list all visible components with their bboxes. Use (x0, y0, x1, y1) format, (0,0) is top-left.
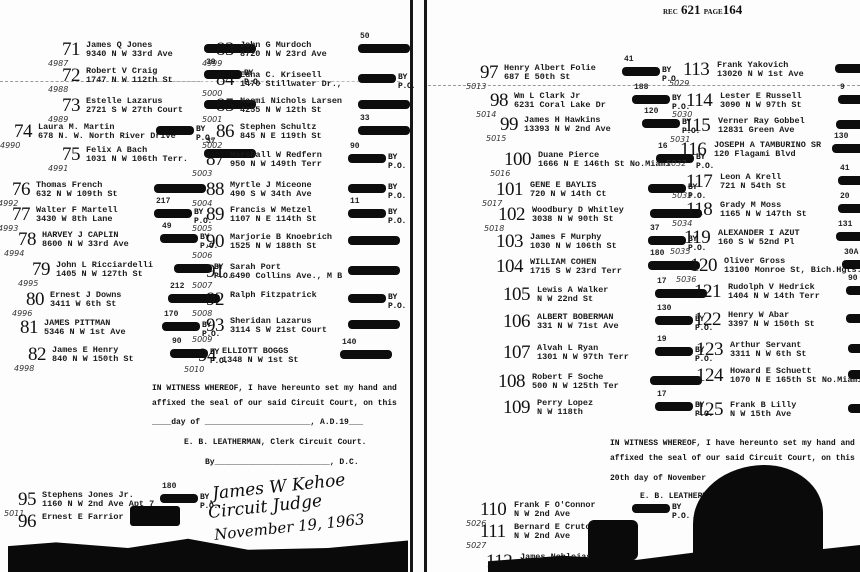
entry-number: 118 (686, 200, 712, 220)
entry-number: 93 (206, 316, 224, 336)
entry-address: 1405 N W 127th St (56, 270, 143, 279)
undelivered-stamp (650, 376, 702, 385)
record-book: 621 (681, 2, 701, 17)
entry-code: 90 (350, 142, 360, 151)
entry-address: 721 N 54th St (720, 182, 786, 191)
entry-code: 17 (657, 277, 667, 286)
entry-number: 116 (680, 140, 706, 160)
entry-code: 11 (350, 197, 360, 206)
entry-number: 117 (686, 172, 712, 192)
entry-code: 16 (658, 142, 668, 151)
entry-address: 3397 N W 150th St (728, 320, 815, 329)
entry-number: 88 (206, 180, 224, 200)
delivered-stamp (154, 209, 192, 218)
delivered-stamp (848, 404, 860, 413)
stamp-suffix: BY P.O. (388, 208, 406, 226)
handwritten-number: 5032 (666, 159, 686, 168)
entry-address: 1404 N W 14th Terr (728, 292, 820, 301)
entry-code: 130 (834, 132, 848, 141)
entry-name: Ernest E Farrior (42, 513, 124, 522)
entry-number: 105 (503, 285, 530, 305)
entry-code: 33 (360, 114, 370, 123)
entry-number: 75 (62, 145, 80, 165)
entry-number: 78 (18, 230, 36, 250)
entry-address: 1525 N W 188th St (230, 242, 317, 251)
undelivered-stamp (348, 236, 400, 245)
entry-code: 180 (650, 249, 664, 258)
entry-code: 131 (838, 220, 852, 229)
delivered-stamp (156, 126, 194, 135)
delivered-stamp (655, 347, 693, 356)
entry-code: 49 (162, 222, 172, 231)
undelivered-stamp (358, 100, 410, 109)
entry-address: 3090 N W 97th St (720, 101, 802, 110)
entry-address: N W 15th Ave (730, 410, 791, 419)
handwritten-number: 5016 (490, 169, 510, 178)
entry-address: 3430 W 8th Lane (36, 215, 113, 224)
delivered-stamp (838, 95, 860, 104)
handwritten-number: 4993 (0, 224, 18, 233)
entry-address: 6490 Collins Ave., M B (230, 272, 342, 281)
handwritten-number: 4999 (202, 59, 222, 68)
scan-dark-smudge (588, 520, 638, 560)
attestation-line-2: affixed the seal of our said Circuit Cou… (610, 451, 855, 466)
entry-code: 130 (657, 304, 671, 313)
entry-code: 41 (840, 164, 850, 173)
entry-address: 9340 N W 33rd Ave (86, 50, 173, 59)
entry-number: 90 (206, 232, 224, 252)
entry-number: 77 (12, 205, 30, 225)
delivered-stamp (358, 74, 396, 83)
entry-address: 845 N E 119th St (240, 132, 322, 141)
entry-address: 1666 N E 146th St No.Miami (538, 160, 671, 169)
entry-number: 80 (26, 290, 44, 310)
undelivered-stamp (340, 350, 392, 359)
entry-number: 122 (694, 310, 721, 330)
entry-address: N W 118th (537, 408, 583, 417)
entry-address: 120 Flagami Blvd (714, 150, 796, 159)
handwritten-number: 4994 (4, 249, 24, 258)
handwritten-number: 5009 (192, 335, 212, 344)
entry-address: 1165 N W 147th St (720, 210, 807, 219)
undelivered-stamp (358, 126, 410, 135)
handwritten-number: 5014 (476, 110, 496, 119)
entry-number: 113 (683, 60, 709, 80)
entry-address: 840 N W 150th St (52, 355, 134, 364)
deputy-clerk-line: By________________________, D.C. (205, 455, 359, 470)
entry-code: 19 (657, 335, 667, 344)
entry-address: 13100 Monroe St, Bich.Hgts. (724, 266, 860, 275)
delivered-stamp (838, 204, 860, 213)
delivered-stamp (848, 370, 860, 379)
entry-number: 82 (28, 345, 46, 365)
entry-number: 81 (20, 318, 38, 338)
handwritten-number: 5010 (184, 365, 204, 374)
undelivered-stamp (348, 320, 400, 329)
stamp-suffix: BY P.O. (388, 183, 406, 201)
entry-number: 109 (503, 398, 530, 418)
entry-number: 99 (500, 115, 518, 135)
handwritten-number: 5013 (466, 82, 486, 91)
handwritten-number: 5027 (466, 541, 486, 550)
entry-number: 91 (206, 262, 224, 282)
entry-address: 13393 N W 2nd Ave (524, 125, 611, 134)
entry-address: 331 N W 71st Ave (537, 322, 619, 331)
handwritten-number: 4998 (14, 364, 34, 373)
entry-address: 1031 N W 106th Terr. (86, 155, 188, 164)
handwritten-number: 4995 (18, 279, 38, 288)
delivered-stamp (632, 504, 670, 513)
entry-code: 17 (657, 390, 667, 399)
entry-address: 1107 N E 114th St (230, 215, 317, 224)
entry-number: 72 (62, 66, 80, 86)
entry-number: 97 (480, 63, 498, 83)
delivered-stamp (632, 95, 670, 104)
entry-number: 119 (684, 228, 710, 248)
entry-address: 13020 N W 1st Ave (717, 70, 804, 79)
entry-number: 79 (32, 260, 50, 280)
scan-dark-smudge (8, 535, 408, 572)
entry-number: 98 (490, 91, 508, 111)
entry-address: 678 N. W. North River Drive (38, 132, 176, 141)
handwritten-number: 4988 (48, 85, 68, 94)
entry-number: 106 (503, 312, 530, 332)
entry-code: 37 (650, 224, 660, 233)
entry-address: 1030 N W 106th St (530, 242, 617, 251)
entry-number: 115 (684, 116, 710, 136)
delivered-stamp (622, 67, 660, 76)
entry-address: 5346 N W 1st Ave (44, 328, 126, 337)
entry-number: 76 (12, 180, 30, 200)
delivered-stamp (348, 209, 386, 218)
entry-number: 71 (62, 40, 80, 60)
entry-number: 123 (696, 340, 723, 360)
entry-address: N W 22nd St (537, 295, 593, 304)
entry-code: 90 (172, 337, 182, 346)
entry-number: 83 (216, 40, 234, 60)
entry-number: 92 (206, 290, 224, 310)
entry-number: 120 (690, 256, 717, 276)
entry-number: 94 (198, 346, 216, 366)
entry-number: 85 (216, 96, 234, 116)
entry-number: 100 (504, 150, 531, 170)
entry-number: 102 (498, 205, 525, 225)
page-divider (424, 0, 427, 572)
entry-address: 1301 N W 97th Terr (537, 353, 629, 362)
delivered-stamp (348, 294, 386, 303)
entry-number: 110 (480, 500, 506, 520)
entry-address: 3311 N W 6th St (730, 350, 807, 359)
page-prefix: PAGE (704, 8, 723, 16)
entry-number: 111 (480, 522, 506, 542)
entry-code: 170 (164, 310, 178, 319)
entry-number: 84 (216, 70, 234, 90)
delivered-stamp (846, 286, 860, 295)
entry-address: 8600 N W 33rd Ave (42, 240, 129, 249)
attestation-date-line: 20th day of November (610, 471, 706, 486)
attestation-date-line: ____day of ______________________, A.D.1… (152, 415, 363, 430)
attestation-line-1: IN WITNESS WHEREOF, I have hereunto set … (610, 436, 855, 451)
delivered-stamp (846, 314, 860, 323)
entry-address: N W 2nd Ave (514, 532, 570, 541)
entry-address: 632 N W 109th St (36, 190, 118, 199)
handwritten-number: 5029 (669, 79, 689, 88)
entry-number: 95 (18, 490, 36, 510)
stamp-suffix: BY P.O. (388, 153, 406, 171)
entry-code: 217 (156, 197, 170, 206)
entry-code: 90 (848, 274, 858, 283)
delivered-stamp (348, 154, 386, 163)
undelivered-stamp (358, 44, 410, 53)
entry-number: 124 (696, 366, 723, 386)
stamp-suffix: BY P.O. (672, 503, 690, 521)
entry-address: 1348 N W 1st St (222, 356, 299, 365)
entry-number: 73 (62, 96, 80, 116)
entry-address: 1470 Stillwater Dr., (240, 80, 342, 89)
entry-number: 107 (503, 343, 530, 363)
entry-code: 30A (844, 248, 858, 257)
delivered-stamp (832, 144, 860, 153)
attestation-line-1: IN WITNESS WHEREOF, I have hereunto set … (152, 381, 397, 396)
delivered-stamp (348, 184, 386, 193)
handwritten-number: 4991 (48, 164, 68, 173)
entry-number: 114 (686, 91, 712, 111)
delivered-stamp (836, 232, 860, 241)
record-prefix: REC (663, 8, 678, 16)
entry-code: 20 (840, 192, 850, 201)
entry-address: 6231 Coral Lake Dr (514, 101, 606, 110)
delivered-stamp (162, 322, 200, 331)
entry-code: 50 (360, 32, 370, 41)
left-document-page: 71James Q Jones9340 N W 33rd Ave498772Ro… (0, 0, 414, 572)
handwritten-number: 5015 (486, 134, 506, 143)
entry-address: N W 2nd Ave (514, 510, 570, 519)
entry-number: 86 (216, 122, 234, 142)
record-book-ref: REC 621 PAGE164 (663, 2, 742, 18)
stamp-suffix: BY P.O. (388, 293, 406, 311)
entry-address: 720 N W 14th Ct (530, 190, 607, 199)
entry-address: 3411 W 6th St (50, 300, 116, 309)
entry-address: 4255 N W 12th St (240, 106, 322, 115)
delivered-stamp (655, 316, 693, 325)
entry-code: 188 (634, 83, 648, 92)
entry-code: 180 (162, 482, 176, 491)
record-page: 164 (723, 2, 743, 17)
entry-code: 212 (170, 282, 184, 291)
entry-number: 89 (206, 205, 224, 225)
entry-number: 104 (496, 257, 523, 277)
undelivered-stamp (154, 184, 206, 193)
delivered-stamp (848, 344, 860, 353)
entry-address: 160 S W 52nd Pl (718, 238, 795, 247)
entry-address: 3038 N W 90th St (532, 215, 614, 224)
entry-code: 120 (644, 107, 658, 116)
entry-number: 101 (496, 180, 523, 200)
delivered-stamp (655, 402, 693, 411)
entry-address: 8720 N W 23rd Ave (240, 50, 327, 59)
entry-address: 500 N W 125th Ter (532, 382, 619, 391)
entry-number: 87 (206, 150, 224, 170)
entry-address: 12831 Green Ave (718, 126, 795, 135)
entry-number: 96 (18, 512, 36, 532)
handwritten-number: 5003 (192, 169, 212, 178)
delivered-stamp (160, 494, 198, 503)
delivered-stamp (648, 236, 686, 245)
entry-address: 2721 S W 27th Court (86, 106, 183, 115)
delivered-stamp (835, 64, 860, 73)
delivered-stamp (160, 234, 198, 243)
entry-address: 687 E 50th St (504, 73, 570, 82)
undelivered-stamp (348, 266, 400, 275)
delivered-stamp (838, 176, 860, 185)
entry-code: 9 (840, 83, 845, 92)
entry-address: 3114 S W 21st Court (230, 326, 327, 335)
handwritten-number: 5035 (670, 247, 690, 256)
right-document-page: REC 621 PAGE164 97Henry Albert Folie687 … (428, 0, 860, 572)
entry-number: 121 (694, 282, 721, 302)
attestation-line-2: affixed the seal of our said Circuit Cou… (152, 396, 397, 411)
scan-dark-smudge (130, 506, 180, 526)
entry-name: Ralph Fitzpatrick (230, 291, 317, 300)
clerk-name: E. B. LEATHERMAN, Clerk Circuit Court. (184, 435, 366, 450)
entry-address: 1747 N W 112th St (86, 76, 173, 85)
entry-number: 74 (14, 122, 32, 142)
entry-number: 103 (496, 232, 523, 252)
entry-address: 1715 S W 23rd Terr (530, 267, 622, 276)
entry-code: 140 (342, 338, 356, 347)
handwritten-number: 5006 (192, 251, 212, 260)
handwritten-number: 4990 (0, 141, 20, 150)
entry-address: 1070 N E 165th St No.Miami (730, 376, 860, 385)
entry-number: 108 (498, 372, 525, 392)
page-divider (410, 0, 413, 572)
entry-address: 950 N W 149th Terr (230, 160, 322, 169)
entry-address: 490 S W 34th Ave (230, 190, 312, 199)
delivered-stamp (836, 120, 860, 129)
entry-code: 41 (624, 55, 634, 64)
delivered-stamp (842, 260, 860, 269)
entry-number: 125 (696, 400, 723, 420)
delivered-stamp (642, 119, 680, 128)
